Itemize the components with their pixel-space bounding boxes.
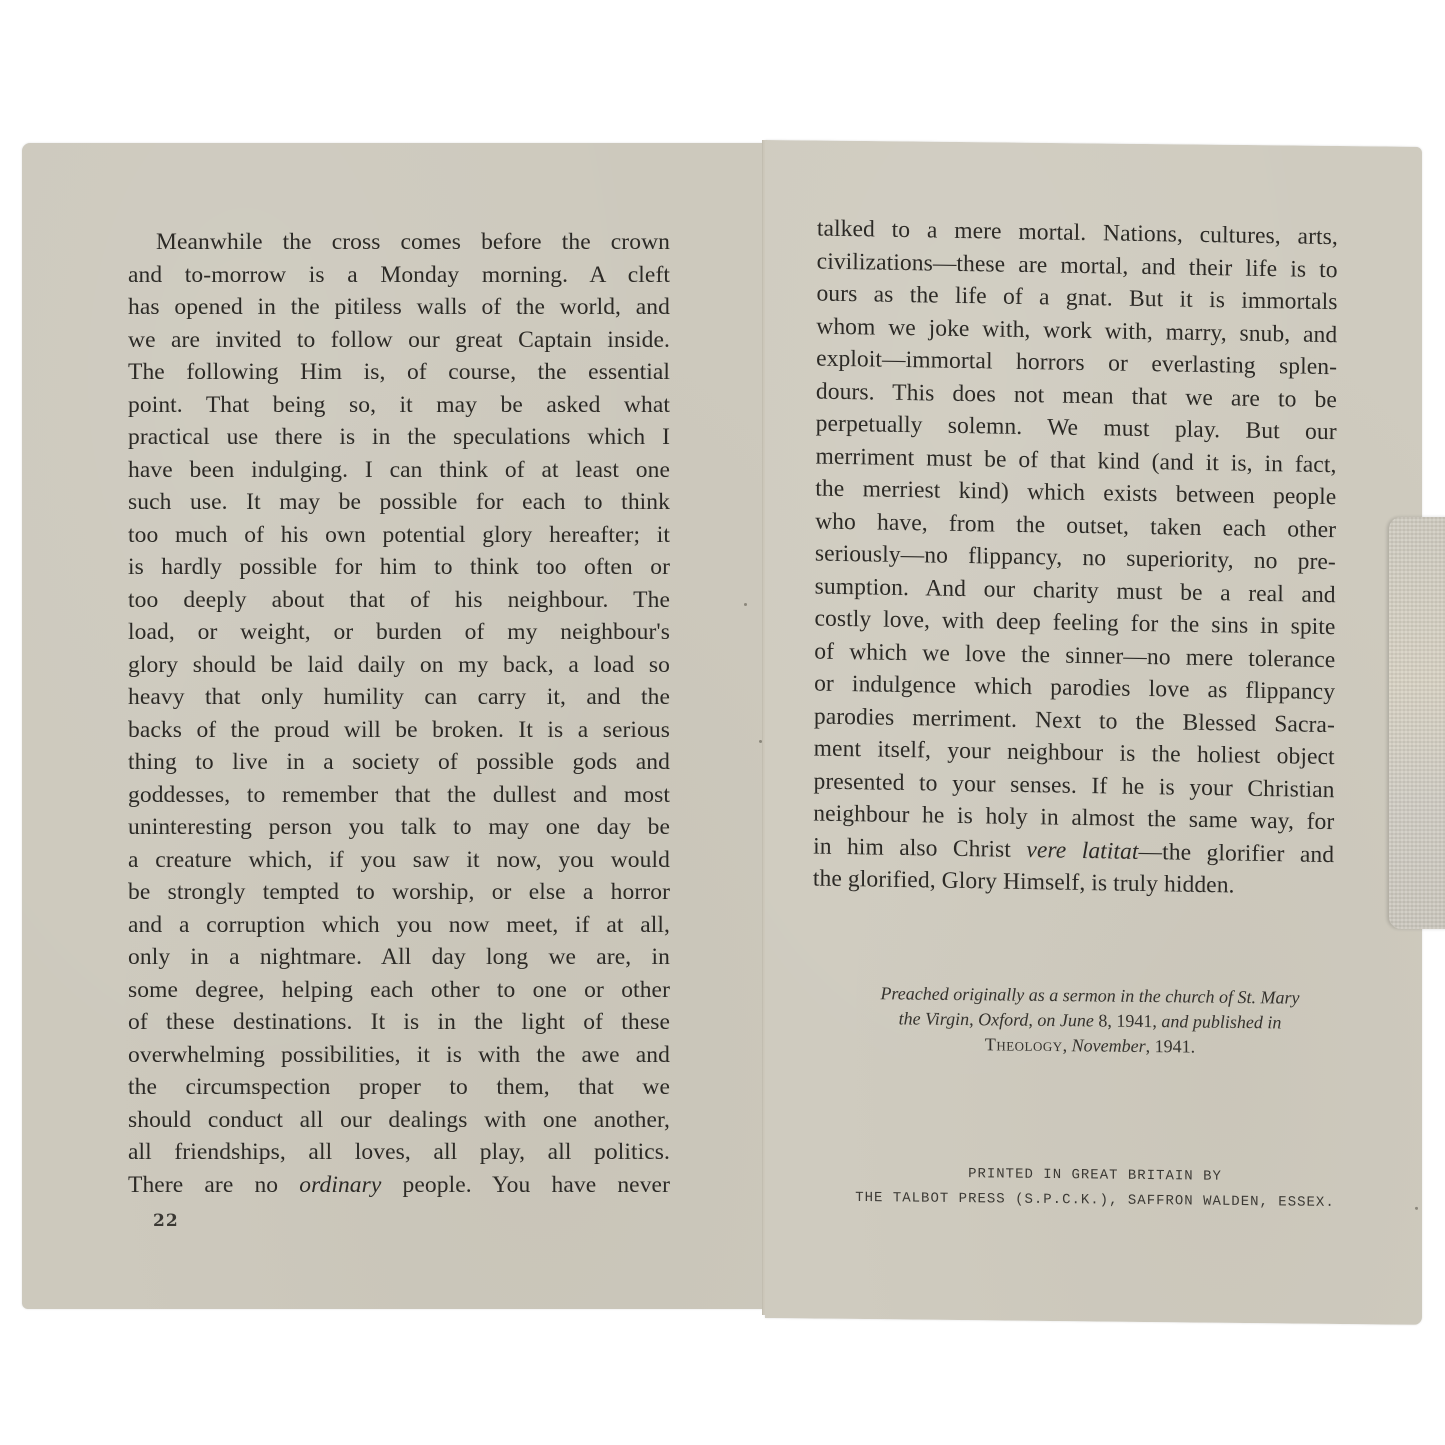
text-line: Meanwhile the cross comes before the cro… (128, 226, 670, 259)
text-line: the circumspection proper to them, that … (128, 1071, 670, 1104)
booklet-spread: Meanwhile the cross comes before the cro… (0, 0, 1445, 1445)
text-line: thing to live in a society of possible g… (128, 746, 670, 779)
text-line: is hardly possible for him to think too … (128, 551, 670, 584)
text-line: overwhelming possibilities, it is with t… (128, 1039, 670, 1072)
text-run: in him also Christ (813, 833, 1026, 863)
text-line: The following Him is, of course, the ess… (128, 356, 670, 389)
text-line: and a corruption which you now meet, if … (128, 909, 670, 942)
journal-title: Theology (985, 1034, 1063, 1055)
text-line: have been indulging. I can think of at l… (128, 454, 670, 487)
text-line: of these destinations. It is in the ligh… (128, 1006, 670, 1039)
text-line: we are invited to follow our great Capta… (128, 324, 670, 357)
text-line: too much of his own potential glory here… (128, 519, 670, 552)
text-line: heavy that only humility can carry it, a… (128, 681, 670, 714)
note-plain: 8, 1941, (1098, 1010, 1161, 1031)
text-line: has opened in the pitiless walls of the … (128, 291, 670, 324)
text-line: goddesses, to remember that the dullest … (128, 779, 670, 812)
italic-latin-phrase: vere latitat (1026, 837, 1138, 865)
left-page: Meanwhile the cross comes before the cro… (22, 143, 765, 1309)
note-italic: the Virgin, Oxford, on June (899, 1008, 1099, 1030)
paper-speck (759, 740, 762, 743)
right-page: talked to a mere mortal. Nations, cultur… (765, 140, 1422, 1325)
text-line: backs of the proud will be broken. It is… (128, 714, 670, 747)
paper-speck (744, 603, 747, 606)
right-page-body: talked to a mere mortal. Nations, cultur… (813, 213, 1338, 904)
text-line: uninteresting person you talk to may one… (128, 811, 670, 844)
text-line: such use. It may be possible for each to… (128, 486, 670, 519)
text-line-last: There are no ordinary people. You have n… (128, 1169, 670, 1202)
note-plain: , 1941. (1146, 1036, 1196, 1057)
text-line: all friendships, all loves, all play, al… (128, 1136, 670, 1169)
note-plain: , (1063, 1035, 1072, 1055)
left-page-body: Meanwhile the cross comes before the cro… (128, 226, 670, 1201)
text-line: only in a nightmare. All day long we are… (128, 941, 670, 974)
sermon-note: Preached originally as a sermon in the c… (825, 981, 1355, 1062)
printer-imprint: PRINTED IN GREAT BRITAIN BY THE TALBOT P… (825, 1161, 1365, 1217)
text-line: a creature which, if you saw it now, you… (128, 844, 670, 877)
text-line: be strongly tempted to worship, or else … (128, 876, 670, 909)
page-number: 22 (153, 1211, 179, 1231)
text-line: should conduct all our dealings with one… (128, 1104, 670, 1137)
text-line: some degree, helping each other to one o… (128, 974, 670, 1007)
text-line: load, or weight, or burden of my neighbo… (128, 616, 670, 649)
italic-emphasis: ordinary (299, 1172, 381, 1198)
text-line: too deeply about that of his neighbour. … (128, 584, 670, 617)
text-line: point. That being so, it may be asked wh… (128, 389, 670, 422)
text-line: practical use there is in the speculatio… (128, 421, 670, 454)
text-run: There are no (128, 1172, 299, 1198)
text-run: people. You have never (381, 1172, 670, 1198)
imprint-line: THE TALBOT PRESS (S.P.C.K.), SAFFRON WAL… (825, 1186, 1365, 1217)
paper-speck (1415, 1207, 1418, 1210)
note-italic: and published in (1161, 1011, 1281, 1032)
text-line: glory should be laid daily on my back, a… (128, 649, 670, 682)
text-line: and to-morrow is a Monday morning. A cle… (128, 259, 670, 292)
text-run: —the glorifier and (1139, 838, 1335, 867)
note-italic: November (1072, 1035, 1146, 1056)
fabric-bookmark-tab (1389, 517, 1445, 929)
